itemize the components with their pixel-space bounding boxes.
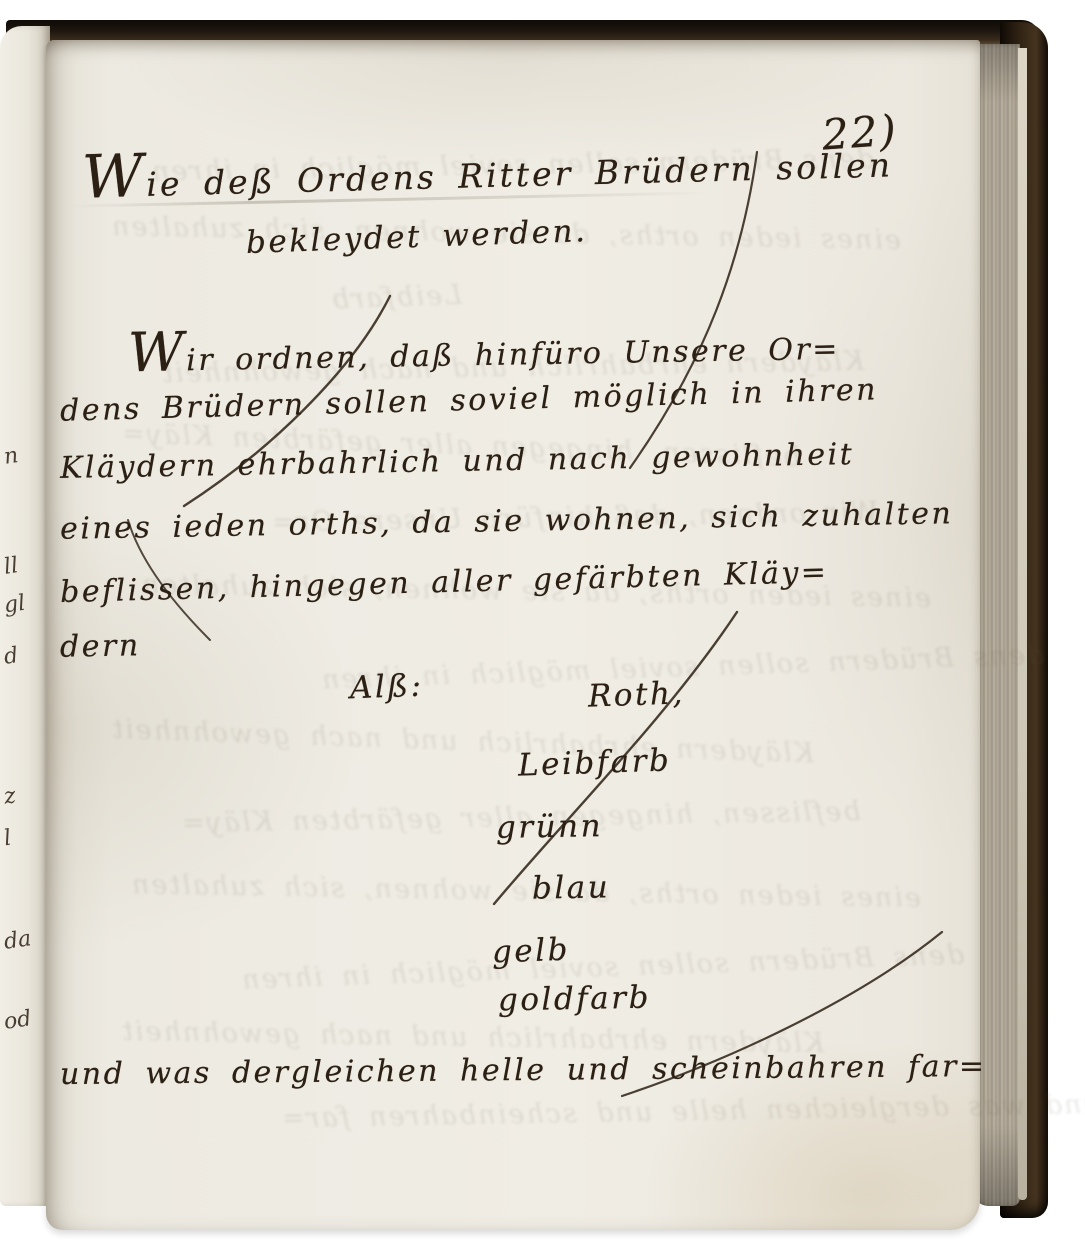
list-label: Alß: (349, 671, 423, 705)
handwritten-text: 22) Wie deß Ordens Ritter Brüdern sollen… (0, 0, 1085, 1260)
heading-line: bekleydet werden. (246, 216, 588, 259)
body-line: Kläydern ehrbahrlich und nach gewohnheit (60, 440, 855, 484)
color-item: blau (532, 872, 611, 904)
body-line: eines ieden orths, da sie wohnen, sich z… (60, 499, 954, 545)
color-item: goldfarb (498, 983, 651, 1017)
color-item: grünn (496, 811, 604, 844)
body-line: dern (60, 631, 141, 662)
closing-line: und was dergleichen helle und scheinbahr… (60, 1052, 987, 1090)
photograph: n ll gl d z l da od dens Brüdern sollen … (0, 0, 1085, 1260)
color-item: Leibfarb (518, 745, 672, 781)
body-line: Wir ordnen, daß hinfüro Unsere Or= (128, 314, 841, 380)
heading-line: Wie deß Ordens Ritter Brüdern sollen (81, 127, 893, 208)
color-item: Roth, (587, 678, 685, 712)
color-item: gelb (491, 935, 570, 969)
body-line: beflissen, hingegen aller gefärbten Kläy… (60, 558, 829, 608)
